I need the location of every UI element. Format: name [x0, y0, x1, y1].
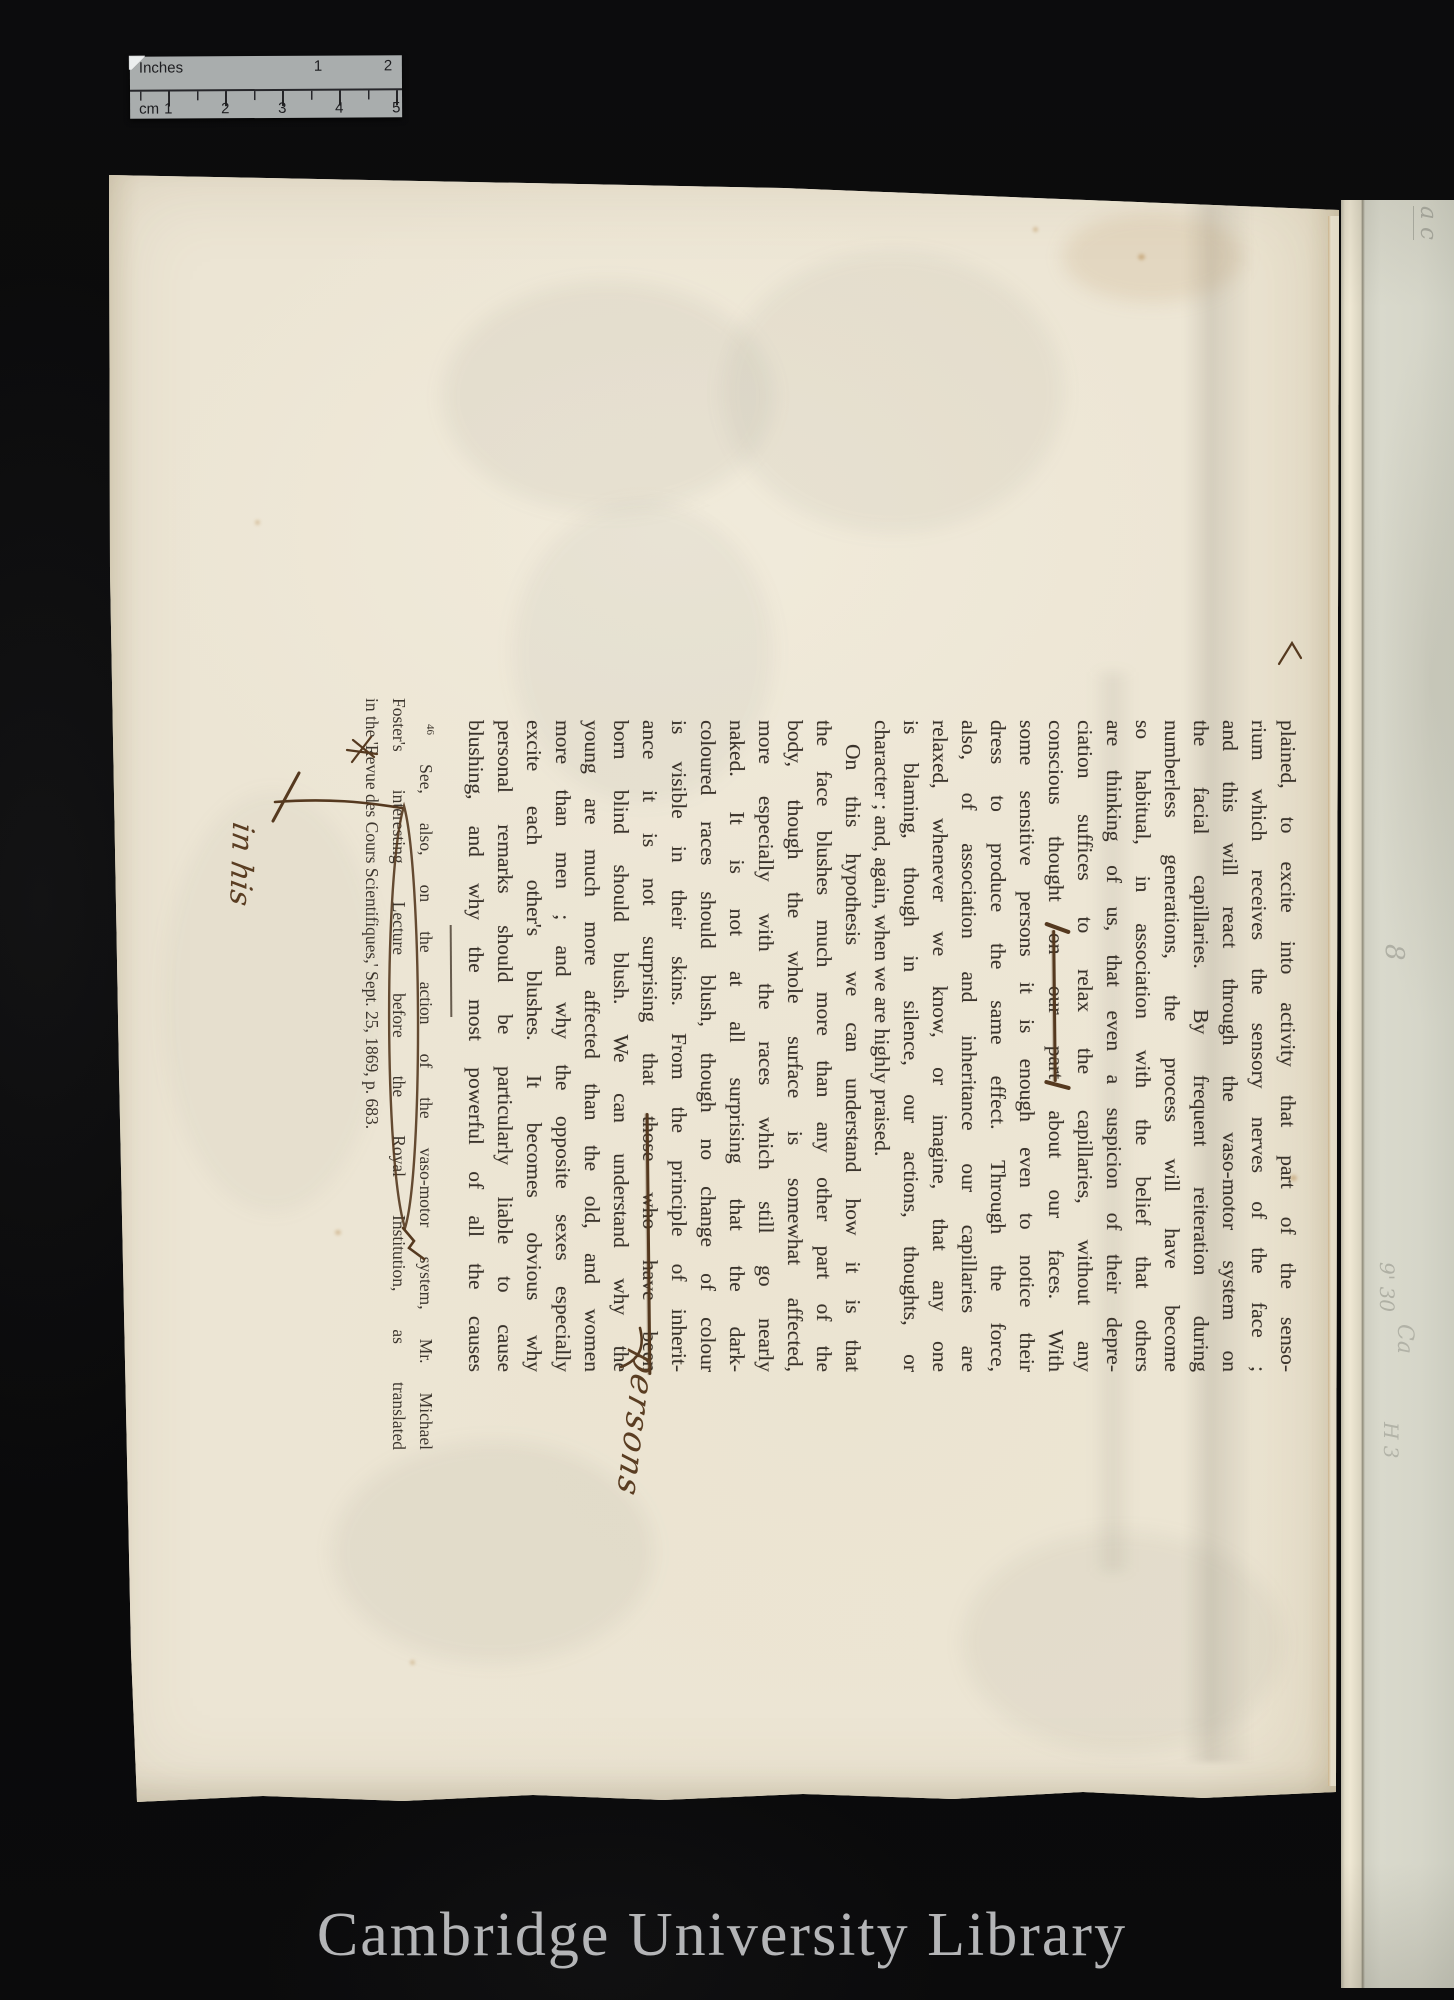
- pencil-mark: Ca: [1392, 1324, 1417, 1354]
- proof-page: plained, to excite into activity that pa…: [103, 172, 1341, 1805]
- stain: [333, 1442, 653, 1662]
- text-line: is visible in their skins. From the prin…: [664, 720, 693, 1372]
- text-line: born blind should blush. We can understa…: [606, 720, 635, 1372]
- text-line: relaxed, whenever we know, or imagine, t…: [925, 720, 954, 1372]
- text-line: On this hypothesis we can understand how…: [838, 720, 867, 1372]
- ruler-inch-scale: Inches 1 2: [130, 55, 402, 91]
- text-line: so habitual, in association with the bel…: [1128, 720, 1157, 1372]
- pencil-mark: a c: [1413, 206, 1441, 240]
- text-line: dress to produce the same effect. Throug…: [983, 720, 1012, 1372]
- text-line: more especially with the races which sti…: [751, 720, 780, 1372]
- pencil-mark: H 3: [1379, 1422, 1403, 1459]
- text-line: plained, to excite into activity that pa…: [1273, 720, 1302, 1372]
- pencil-mark: 8: [1379, 944, 1409, 961]
- text-line: body, though the whole surface is somewh…: [780, 720, 809, 1372]
- library-watermark: Cambridge University Library: [0, 1900, 1444, 1971]
- text-line: more than men ; and why the opposite sex…: [548, 720, 577, 1372]
- annotation-in-his: in his: [222, 820, 260, 909]
- footnote-line: 46 See, also, on the action of the vaso-…: [412, 698, 443, 1450]
- pencil-mark: 9' 30: [1375, 1262, 1399, 1312]
- stain: [723, 252, 1063, 532]
- body-text: plained, to excite into activity that pa…: [461, 720, 1302, 1372]
- text-line: rium which receives the sensory nerves o…: [1244, 720, 1273, 1372]
- text-line: blushing, and why the most powerful of a…: [461, 720, 490, 1372]
- facing-leaf-edge: a c89' 30CaH 3: [1341, 200, 1454, 1988]
- ruler-inches-label: Inches: [139, 59, 183, 76]
- foxing-spot: [410, 1660, 415, 1665]
- struck-through-text: on our part: [1044, 933, 1068, 1079]
- foxing-spot: [1033, 227, 1038, 232]
- footnote-marker: 46: [424, 724, 436, 735]
- inch-number: 2: [384, 57, 392, 74]
- text-line: excite each other's blushes. It becomes …: [519, 720, 548, 1372]
- text-line: is blaming, though in silence, our actio…: [896, 720, 925, 1372]
- printed-text-block: plained, to excite into activity that pa…: [340, 688, 1302, 1460]
- text-line: the face blushes much more than any othe…: [809, 720, 838, 1372]
- footnote-line: in the 'Revue des Cours Scientifiques,' …: [358, 698, 385, 1450]
- footnote-line: Foster's interesting Lecture before the …: [385, 698, 412, 1450]
- ruler-cm-label: cm: [139, 101, 159, 118]
- leaf-shading: [1341, 200, 1454, 1988]
- text-line: naked. It is not at all surprising that …: [722, 720, 751, 1372]
- stain: [963, 1532, 1283, 1752]
- cm-number: 3: [278, 100, 286, 117]
- text-line: and this will react through the vaso-mot…: [1215, 720, 1244, 1372]
- cm-number: 2: [221, 100, 229, 117]
- text-line: some sensitive persons it is enough even…: [1012, 720, 1041, 1372]
- cm-number: 5: [392, 99, 400, 116]
- struck-through-text: those who have been: [638, 1116, 662, 1372]
- text-line: the facial capillaries. By frequent reit…: [1186, 720, 1215, 1372]
- digitized-page-scan: Inches 1 2 cm 1 2 3 4 5 a c89' 30CaH 3: [0, 0, 1454, 2000]
- text-line: conscious thought on our part about our …: [1041, 720, 1070, 1372]
- cm-number: 1: [164, 100, 172, 117]
- foxing-spot: [255, 520, 260, 525]
- inch-number: 1: [314, 58, 322, 75]
- ruler-cm-scale: cm 1 2 3 4 5: [130, 90, 402, 118]
- text-line: ciation suffices to relax the capillarie…: [1070, 720, 1099, 1372]
- footnote-rule: [450, 925, 453, 1017]
- ruler-reflection: [129, 56, 145, 70]
- stain: [1063, 212, 1243, 302]
- text-line: young are much more affected than the ol…: [577, 720, 606, 1372]
- text-line: personal remarks should be particularly …: [490, 720, 519, 1372]
- text-line: also, of association and inheritance our…: [954, 720, 983, 1372]
- text-line: character ; and, again, when we are high…: [867, 720, 896, 1372]
- text-line: coloured races should blush, though no c…: [693, 720, 722, 1372]
- text-line: are thinking of us, that even a suspicio…: [1099, 720, 1128, 1372]
- text-line: ance it is not surprising that those who…: [635, 720, 664, 1372]
- foxing-spot: [1138, 254, 1145, 260]
- scale-bar-ruler: Inches 1 2 cm 1 2 3 4 5: [130, 55, 402, 118]
- cm-number: 4: [335, 100, 343, 117]
- text-line: numberless generations, the process will…: [1157, 720, 1186, 1372]
- footnote-text: 46 See, also, on the action of the vaso-…: [358, 698, 443, 1450]
